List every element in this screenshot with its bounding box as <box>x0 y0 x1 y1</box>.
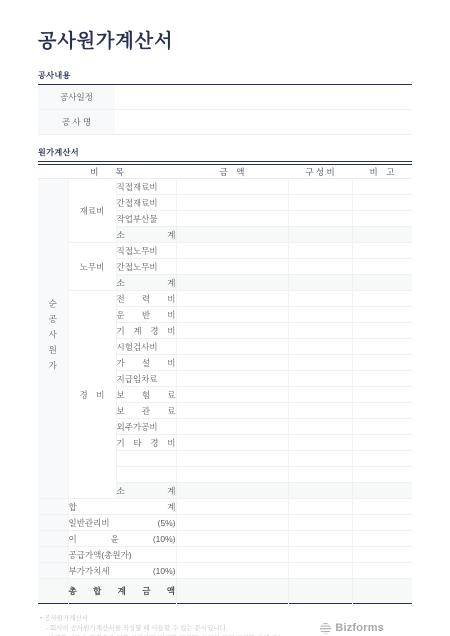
project-name-value <box>115 110 412 134</box>
subitem-cell: 지급임차료 <box>116 371 176 387</box>
table-row: 순공사원가 재료비 직접재료비 <box>38 179 412 195</box>
ratio-cell <box>288 483 352 499</box>
amount-cell <box>176 451 288 467</box>
table-row: 경 비 전 력 비 <box>38 291 412 307</box>
header-item: 비 목 <box>38 165 176 179</box>
footer-notes: • 공사원가계산서 - 회사의 공사원가계산서를 작성할 때 사용할 수 있는 … <box>38 614 284 636</box>
summary-label: 이 윤 (10%) <box>68 531 176 547</box>
ratio-cell <box>288 275 352 291</box>
left-spacer-cell <box>38 531 68 547</box>
amount-cell <box>176 211 288 227</box>
ratio-cell <box>288 467 352 483</box>
bullet-icon: • <box>40 615 42 622</box>
note-cell <box>352 403 412 419</box>
note-cell <box>352 451 412 467</box>
summary-row-overhead: 일반관리비 (5%) <box>38 515 412 531</box>
subtotal-cell: 소 계 <box>116 227 176 243</box>
construction-info-table: 공사일정 공 사 명 <box>38 85 412 135</box>
group-cell-expense: 경 비 <box>68 291 116 499</box>
amount-cell <box>176 323 288 339</box>
amount-cell <box>176 387 288 403</box>
summary-row-vat: 부가가치세 (10%) <box>38 563 412 579</box>
amount-cell <box>176 563 288 579</box>
ratio-cell <box>288 435 352 451</box>
subitem-cell: 보 관 료 <box>116 403 176 419</box>
left-spacer-cell <box>38 499 68 515</box>
note-cell <box>352 579 412 604</box>
note-cell <box>352 499 412 515</box>
note-cell <box>352 483 412 499</box>
document-page: 공사원가계산서 공사내용 공사일정 공 사 명 원가계산서 비 목 금 액 구 … <box>0 0 450 636</box>
summary-row-total: 합 계 <box>38 499 412 515</box>
bizforms-logo: Bizforms <box>320 622 384 634</box>
ratio-cell <box>288 243 352 259</box>
amount-cell <box>176 499 288 515</box>
note-cell <box>352 179 412 195</box>
subitem-cell: 간접재료비 <box>116 195 176 211</box>
subitem-cell: 기 계 경 비 <box>116 323 176 339</box>
note-cell <box>352 195 412 211</box>
left-spacer-cell <box>38 515 68 531</box>
ratio-cell <box>288 195 352 211</box>
header-amount: 금 액 <box>176 165 288 179</box>
note-cell <box>352 227 412 243</box>
ratio-cell <box>288 371 352 387</box>
summary-row-supply-price: 공급가액(총원가) <box>38 547 412 563</box>
subitem-cell: 전 력 비 <box>116 291 176 307</box>
subitem-cell: 가 설 비 <box>116 355 176 371</box>
header-row: 비 목 금 액 구 성 비 비 고 <box>38 165 412 179</box>
group-cell-material: 재료비 <box>68 179 116 243</box>
note-cell <box>352 515 412 531</box>
header-ratio: 구 성 비 <box>288 165 352 179</box>
info-row-schedule: 공사일정 <box>38 85 412 110</box>
amount-cell <box>176 179 288 195</box>
bizforms-logo-text: Bizforms <box>335 622 384 634</box>
subitem-cell: 보 험 료 <box>116 387 176 403</box>
amount-cell <box>176 419 288 435</box>
note-cell <box>352 387 412 403</box>
section-label-construction-info: 공사내용 <box>38 70 412 85</box>
amount-cell <box>176 483 288 499</box>
ratio-cell <box>288 307 352 323</box>
cost-calc-section: 원가계산서 비 목 금 액 구 성 비 비 고 순공사원가 재료비 직접재료비 <box>38 147 412 604</box>
ratio-cell <box>288 339 352 355</box>
amount-cell <box>176 275 288 291</box>
ratio-cell <box>288 579 352 604</box>
note-cell <box>352 419 412 435</box>
left-spacer-cell <box>38 563 68 579</box>
note-cell <box>352 339 412 355</box>
ratio-cell <box>288 563 352 579</box>
amount-cell <box>176 227 288 243</box>
ratio-cell <box>288 179 352 195</box>
ratio-cell <box>288 403 352 419</box>
ratio-cell <box>288 515 352 531</box>
subitem-cell: 직접재료비 <box>116 179 176 195</box>
ratio-cell <box>288 387 352 403</box>
summary-row-grand-total: 총 합 계 금 액 <box>38 579 412 604</box>
schedule-value <box>115 85 412 109</box>
section-label-cost-calc: 원가계산서 <box>38 147 412 162</box>
cost-table: 비 목 금 액 구 성 비 비 고 순공사원가 재료비 직접재료비 간접재료비 <box>38 164 412 604</box>
note-cell <box>352 371 412 387</box>
summary-label: 합 계 <box>68 499 176 515</box>
note-cell <box>352 243 412 259</box>
project-name-label: 공 사 명 <box>38 110 115 134</box>
subtotal-cell: 소 계 <box>116 483 176 499</box>
bizforms-globe-icon <box>320 623 331 634</box>
summary-label: 일반관리비 (5%) <box>68 515 176 531</box>
note-cell <box>352 355 412 371</box>
amount-cell <box>176 259 288 275</box>
note-cell <box>352 259 412 275</box>
note-cell <box>352 211 412 227</box>
ratio-cell <box>288 451 352 467</box>
subitem-cell: 직접노무비 <box>116 243 176 259</box>
amount-cell <box>176 467 288 483</box>
ratio-cell <box>288 323 352 339</box>
header-note: 비 고 <box>352 165 412 179</box>
footer-note-desc1: - 회사의 공사원가계산서를 작성할 때 사용할 수 있는 문서입니다. <box>38 624 284 634</box>
ratio-cell <box>288 419 352 435</box>
amount-cell <box>176 243 288 259</box>
subitem-cell <box>116 451 176 467</box>
ratio-cell <box>288 211 352 227</box>
note-cell <box>352 531 412 547</box>
ratio-cell <box>288 547 352 563</box>
note-cell <box>352 563 412 579</box>
grand-total-label: 총 합 계 금 액 <box>68 579 176 604</box>
note-cell <box>352 307 412 323</box>
note-cell <box>352 323 412 339</box>
subtotal-cell: 소 계 <box>116 275 176 291</box>
note-cell <box>352 435 412 451</box>
subitem-cell: 운 반 비 <box>116 307 176 323</box>
ratio-cell <box>288 531 352 547</box>
ratio-cell <box>288 355 352 371</box>
schedule-label: 공사일정 <box>38 85 115 109</box>
amount-cell <box>176 531 288 547</box>
amount-cell <box>176 515 288 531</box>
group-cell-labor: 노무비 <box>68 243 116 291</box>
subitem-cell: 외주가공비 <box>116 419 176 435</box>
subitem-cell: 기 타 경 비 <box>116 435 176 451</box>
footer-note-title: • 공사원가계산서 <box>38 614 284 624</box>
page-title: 공사원가계산서 <box>38 30 412 53</box>
amount-cell <box>176 195 288 211</box>
subitem-cell: 시험검사비 <box>116 339 176 355</box>
note-cell <box>352 275 412 291</box>
page-footer: • 공사원가계산서 - 회사의 공사원가계산서를 작성할 때 사용할 수 있는 … <box>38 614 412 636</box>
note-cell <box>352 467 412 483</box>
net-cost-vertical-label: 순공사원가 <box>38 179 68 499</box>
amount-cell <box>176 371 288 387</box>
amount-cell <box>176 355 288 371</box>
left-spacer-cell <box>38 547 68 563</box>
note-cell <box>352 547 412 563</box>
amount-cell <box>176 435 288 451</box>
amount-cell <box>176 307 288 323</box>
amount-cell <box>176 291 288 307</box>
ratio-cell <box>288 499 352 515</box>
info-row-project-name: 공 사 명 <box>38 110 412 135</box>
ratio-cell <box>288 259 352 275</box>
subitem-cell: 간접노무비 <box>116 259 176 275</box>
summary-label: 공급가액(총원가) <box>68 547 176 563</box>
subitem-cell <box>116 467 176 483</box>
summary-row-profit: 이 윤 (10%) <box>38 531 412 547</box>
amount-cell <box>176 579 288 604</box>
amount-cell <box>176 403 288 419</box>
subitem-cell: 작업부산물 <box>116 211 176 227</box>
ratio-cell <box>288 291 352 307</box>
summary-label: 부가가치세 (10%) <box>68 563 176 579</box>
left-spacer-cell <box>38 579 68 604</box>
amount-cell <box>176 547 288 563</box>
amount-cell <box>176 339 288 355</box>
table-row: 노무비 직접노무비 <box>38 243 412 259</box>
ratio-cell <box>288 227 352 243</box>
note-cell <box>352 291 412 307</box>
